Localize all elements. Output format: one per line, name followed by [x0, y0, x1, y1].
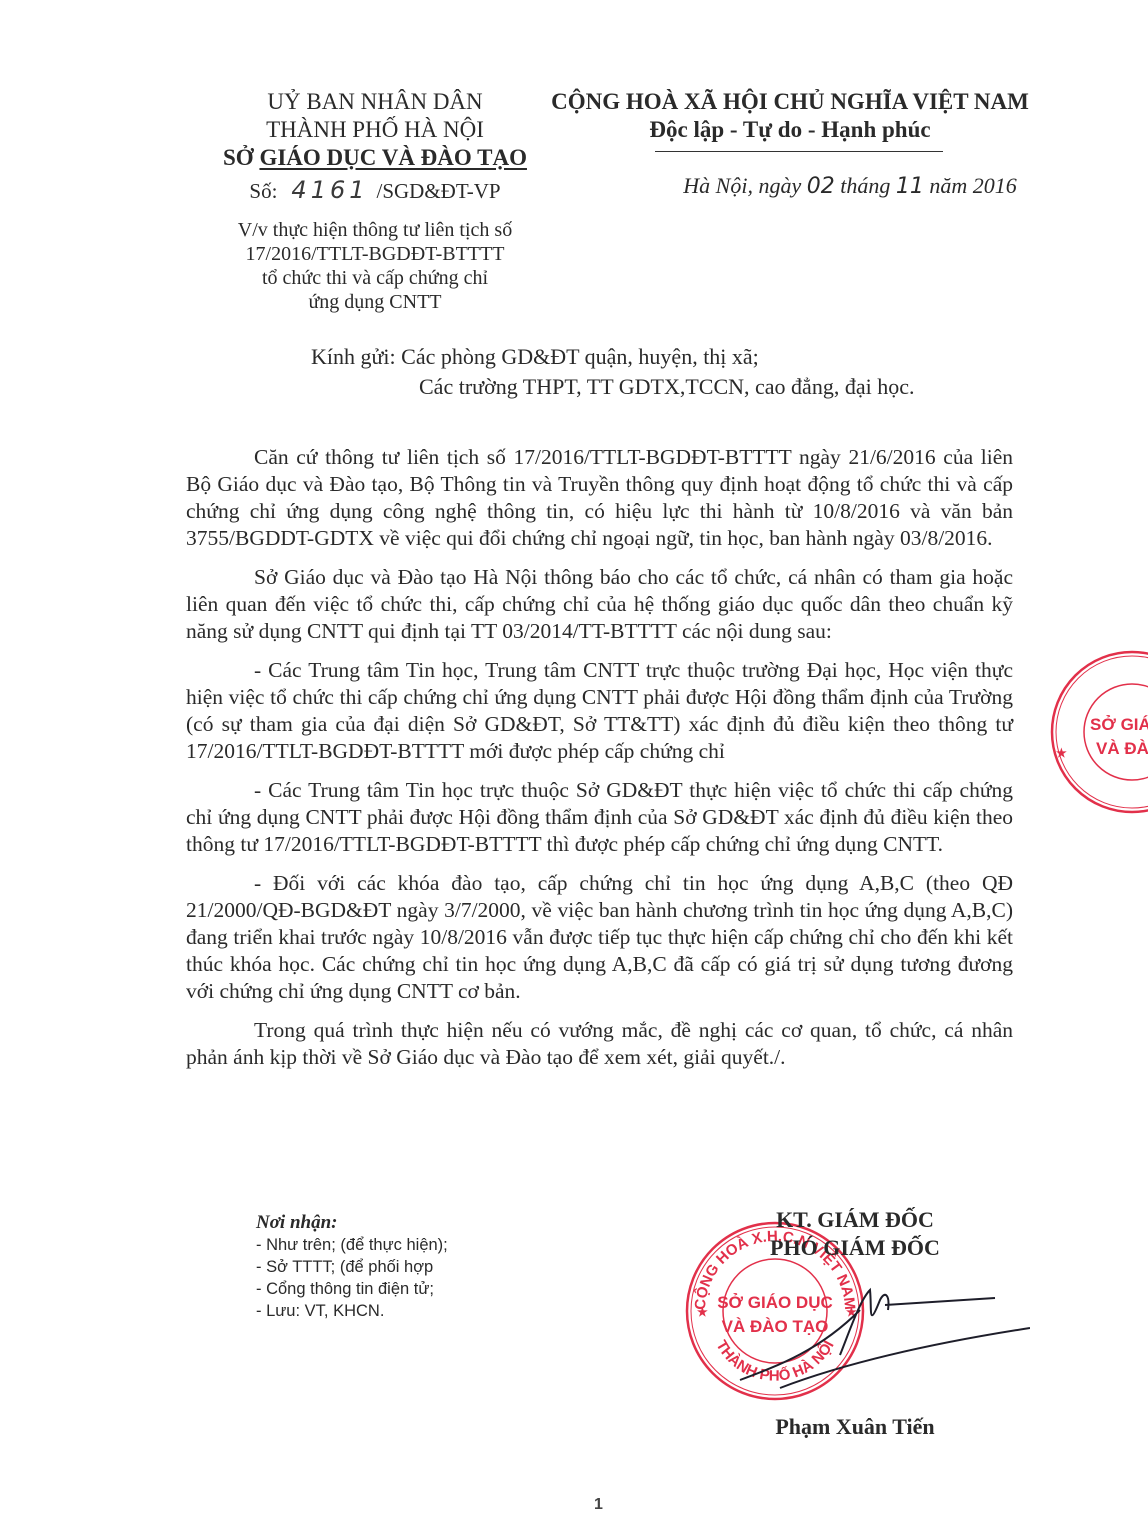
distribution-item: - Sở TTTT; (để phối hợp — [256, 1256, 448, 1278]
page-edge-seal-stamp: SỞ GIÁO DỤC VÀ ĐÀO TẠO ★ — [1030, 642, 1148, 822]
distribution-item: - Cổng thông tin điện tử; — [256, 1278, 448, 1300]
subject-line: V/v thực hiện thông tư liên tịch số — [180, 218, 570, 242]
body-paragraph: Trong quá trình thực hiện nếu có vướng m… — [186, 1017, 1013, 1071]
signature-title-1: KT. GIÁM ĐỐC — [700, 1206, 1010, 1234]
recipients-line-1: Kính gửi: Các phòng GD&ĐT quận, huyện, t… — [311, 342, 914, 372]
number-value: 4161 — [291, 176, 368, 204]
body-paragraph: - Các Trung tâm Tin học trực thuộc Sở GD… — [186, 777, 1013, 858]
distribution-list: Nơi nhận: - Như trên; (để thực hiện); - … — [256, 1212, 448, 1322]
subject-line: tổ chức thi và cấp chứng chỉ — [180, 266, 570, 290]
number-label: Số: — [249, 179, 277, 203]
svg-text:★: ★ — [697, 1305, 708, 1319]
nation-block: CỘNG HOÀ XÃ HỘI CHỦ NGHĨA VIỆT NAM Độc l… — [520, 88, 1060, 144]
subject-block: V/v thực hiện thông tư liên tịch số 17/2… — [180, 218, 570, 314]
distribution-item: - Lưu: VT, KHCN. — [256, 1300, 448, 1322]
nation-title: CỘNG HOÀ XÃ HỘI CHỦ NGHĨA VIỆT NAM — [520, 88, 1060, 116]
signature-block: KT. GIÁM ĐỐC PHÓ GIÁM ĐỐC — [700, 1206, 1010, 1262]
nation-motto: Độc lập - Tự do - Hạnh phúc — [520, 116, 1060, 144]
body-paragraph: - Các Trung tâm Tin học, Trung tâm CNTT … — [186, 657, 1013, 765]
handwritten-signature — [720, 1270, 1030, 1390]
issuer-org: SỞ GIÁO DỤC VÀ ĐÀO TẠO — [180, 144, 570, 172]
motto-underline — [655, 151, 943, 152]
issuer-org-underlined: GIÁO DỤC VÀ ĐÀO TẠO — [259, 145, 527, 170]
issuer-org-prefix: SỞ — [223, 145, 259, 170]
document-number: Số:4161/SGD&ĐT-VP — [180, 176, 570, 204]
issuer-line-2: THÀNH PHỐ HÀ NỘI — [180, 116, 570, 144]
body-paragraph: Căn cứ thông tư liên tịch số 17/2016/TTL… — [186, 444, 1013, 552]
page-number: 1 — [594, 1496, 603, 1514]
signature-title-2: PHÓ GIÁM ĐỐC — [700, 1234, 1010, 1262]
date-year: năm 2016 — [924, 173, 1017, 198]
issuer-line-1: UỶ BAN NHÂN DÂN — [180, 88, 570, 116]
recipients-line-2: Các trường THPT, TT GDTX,TCCN, cao đẳng,… — [311, 372, 914, 402]
issuer-block: UỶ BAN NHÂN DÂN THÀNH PHỐ HÀ NỘI SỞ GIÁO… — [180, 88, 570, 172]
date-prefix: Hà Nội, ngày — [683, 173, 806, 198]
edge-seal-inner-1: SỞ GIÁO DỤC — [1090, 715, 1148, 734]
subject-line: 17/2016/TTLT-BGDĐT-BTTTT — [180, 242, 570, 266]
date-month: 11 — [896, 174, 924, 199]
issue-date: Hà Nội, ngày 02 tháng 11 năm 2016 — [660, 173, 1040, 199]
distribution-item: - Như trên; (để thực hiện); — [256, 1234, 448, 1256]
body-paragraph: - Đối với các khóa đào tạo, cấp chứng ch… — [186, 870, 1013, 1005]
distribution-title: Nơi nhận: — [256, 1212, 448, 1234]
signer-name: Phạm Xuân Tiến — [700, 1414, 1010, 1440]
date-month-label: tháng — [835, 173, 896, 198]
svg-text:★: ★ — [1056, 746, 1067, 760]
date-day: 02 — [807, 174, 835, 199]
letter-body: Căn cứ thông tư liên tịch số 17/2016/TTL… — [186, 444, 1013, 1083]
recipients: Kính gửi: Các phòng GD&ĐT quận, huyện, t… — [311, 342, 914, 402]
edge-seal-inner-2: VÀ ĐÀO TẠO — [1096, 739, 1148, 758]
body-paragraph: Sở Giáo dục và Đào tạo Hà Nội thông báo … — [186, 564, 1013, 645]
number-suffix: /SGD&ĐT-VP — [377, 179, 501, 203]
subject-line: ứng dụng CNTT — [180, 290, 570, 314]
